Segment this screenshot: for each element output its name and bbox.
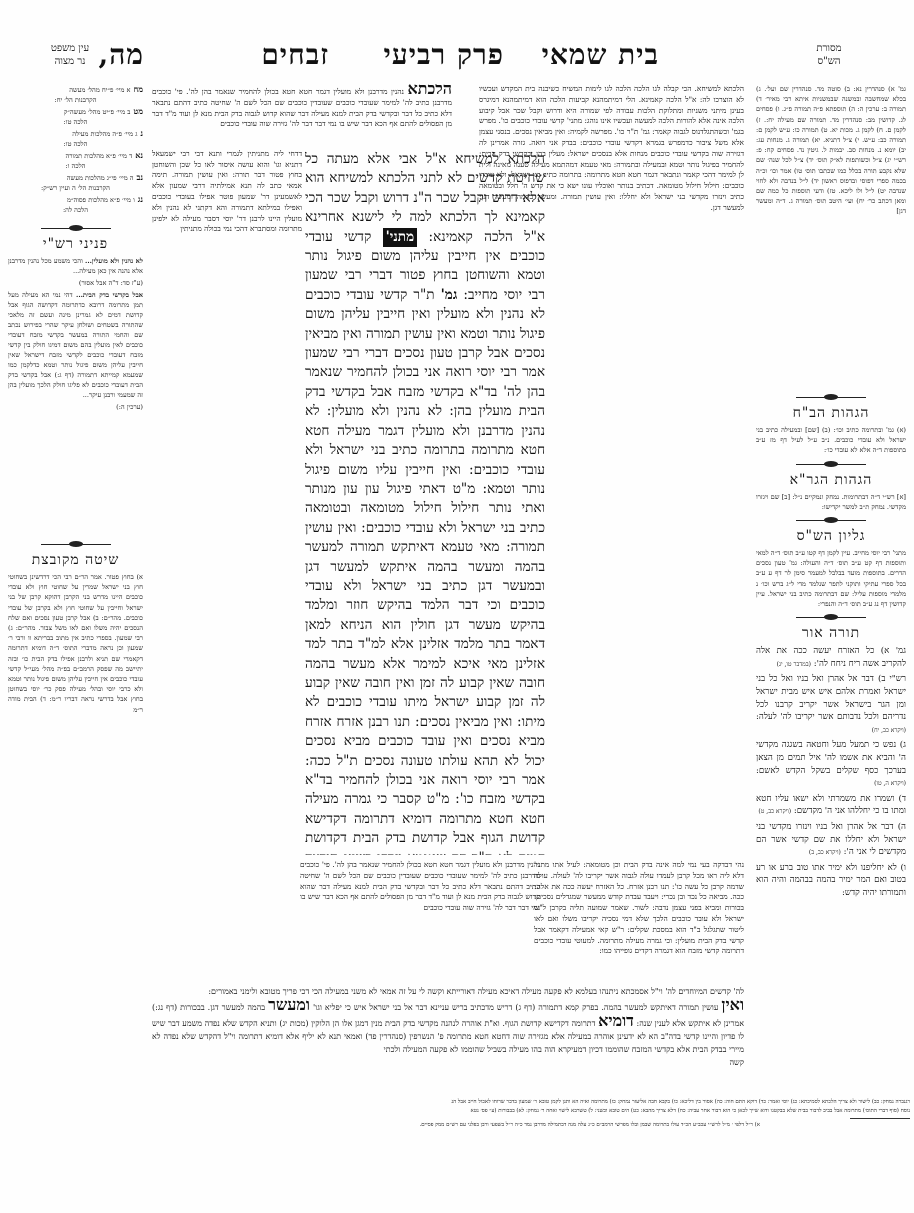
verse: ד) ושמרו את משמרתי ולא ישאו עליו חטא ומת… bbox=[756, 793, 906, 819]
hagahot-hagra: [א] רש״י ד״ה דבתרומות. נמחק ונמקיים נ״ל:… bbox=[756, 492, 906, 512]
dibur-hamatchil: ומעשר bbox=[268, 995, 310, 1014]
mishna-marker: מתני' bbox=[383, 228, 418, 247]
tosafot-bottom-left: נהנין מדרבנן ולא מועלין דגמר חטא חטא בכו… bbox=[300, 860, 540, 985]
ein-mishpat-row: מחא מיי׳ פ״יח מהל׳ מעשההקרבנות הל׳ יח: bbox=[8, 84, 143, 105]
ein-mishpat-label: עין משפט נר מצוה bbox=[40, 42, 100, 68]
rashi-bottom-right: נהי דבדקה בעי נמי למה אינה בדק הבית וכן … bbox=[534, 860, 744, 985]
verse: ה) דבר אל אהרן ואל בניו וינזרו מקדשי בני… bbox=[756, 821, 906, 860]
pninei-rashi: לא נהנין ולא מועלין... והכי משמע מכל נהנ… bbox=[8, 256, 143, 414]
talmud-text: הלכתא למשיחא א"ל אבי אלא מעתה כל שחיטת ק… bbox=[305, 150, 545, 855]
footnote-line: רגנברה נמחק: כב) לישור ולא צריך הלכתא לס… bbox=[4, 1098, 910, 1107]
dibur-hamatchil: דומיא bbox=[598, 1011, 634, 1030]
mesoret-hashas-label: מסורת הש"ס bbox=[799, 42, 859, 68]
footnote-line: נוסח (סוף דברי התוס׳) מתרומה אבל בביב לד… bbox=[4, 1107, 910, 1116]
verse: רש"י ב) דבר אל אהרן ואל בניו ואל כל בני … bbox=[756, 673, 906, 737]
hagahot-habach: (א) גמ' ובתרומה כתיב וכו׳: (ב) [שם] ובמע… bbox=[756, 425, 906, 456]
gemara-marker: גמ' bbox=[441, 287, 458, 303]
ein-mishpat-row: נבה מיי׳ פי״ג מהלכות מעשההקרבנות הל׳ ה ו… bbox=[8, 172, 143, 193]
shita-mekubetzet-title: שיטה מקובצת bbox=[8, 551, 143, 569]
right-margin: גמ' א) סנהדרין נא: ב) סוטה מד. סנהדרין ש… bbox=[756, 84, 906, 1114]
verse: ו) לא יחליפנו ולא ימיר אתו טוב ברע או רע… bbox=[756, 862, 906, 900]
ornament-divider bbox=[796, 461, 866, 467]
ornament-divider bbox=[796, 517, 866, 523]
pninei-rashi-entry: אבל בקדשי בדק הבית... דהי נמי הא מעילה מ… bbox=[8, 290, 143, 400]
shita-mekubetzet-text: א) בחוץ פטור. אמר הר״ם רבי הכי דרדשינן ב… bbox=[8, 572, 143, 1132]
pninei-rashi-entry: לא נהנין ולא מועלין... והכי משמע מכל נהנ… bbox=[8, 256, 143, 276]
ornament-divider bbox=[796, 614, 866, 620]
ein-mishpat-row: מטב מיי׳ פ״יט מהל׳ מעשה״קהלכה טו: bbox=[8, 106, 143, 127]
tosafot-bottom-full: לה' קדשים המיוחדים לה' וי"ל אסמכתא ניתנה… bbox=[152, 985, 744, 1095]
footnotes: רגנברה נמחק: כב) לישור ולא צריך הלכתא לס… bbox=[4, 1098, 910, 1130]
left-margin: מחא מיי׳ פ״יח מהל׳ מעשההקרבנות הל׳ יח: מ… bbox=[8, 84, 143, 1114]
tosafot-commentary: פליגי רבי יוסי ורבנן בממזר ידוע או בשאין… bbox=[152, 84, 302, 859]
folio-number: מה, bbox=[99, 38, 144, 72]
ornament-divider bbox=[41, 225, 111, 231]
verse: גמ' א) כל האזרח יעשה ככה את אלה להקריב א… bbox=[756, 645, 906, 671]
gilyon-hashas-title: גליון הש"ס bbox=[756, 527, 906, 545]
gilyon-hashas: מתני' רבי יוסי מחייב. עיין לקמן דף קטו ע… bbox=[756, 548, 906, 609]
torah-or-title: תורה אור bbox=[756, 624, 906, 642]
ein-mishpat-row: נגו מיי׳ פ״א מהלכות פסוה״מהלכה לה: bbox=[8, 194, 143, 215]
ein-mishpat: מחא מיי׳ פ״יח מהל׳ מעשההקרבנות הל׳ יח: מ… bbox=[8, 84, 143, 215]
torah-or: גמ' א) כל האזרח יעשה ככה את אלה להקריב א… bbox=[756, 645, 906, 1005]
dibur-hamatchil: ואין bbox=[721, 995, 744, 1014]
verse: ג) נפש כי תמעל מעל וחטאה בשגגה מקדשי ה' … bbox=[756, 739, 906, 790]
dibur-hamatchil: הלכתא bbox=[407, 84, 452, 98]
tosafot-header-band: הלכתא נהנין מדרבנן ולא מועלין דגמר חטא ח… bbox=[152, 84, 452, 150]
footnote-line: א) ר״ל דלפי ׳ מ״ל לרש״י עכב״ע הכ״ד עולו … bbox=[4, 1121, 910, 1130]
citation: (ע"ז סד: ד"ה אבל אסור) bbox=[8, 278, 143, 288]
ein-mishpat-row: נג מיי׳ פ״ה מהלכות מעילההלכה טו: bbox=[8, 128, 143, 149]
tractate-name: זבחים bbox=[261, 38, 329, 72]
hagahot-habach-title: הגהות הב"ח bbox=[756, 404, 906, 422]
shita-mekubetzet-section: שיטה מקובצת א) בחוץ פטור. אמר הר״ם רבי ה… bbox=[8, 536, 143, 1132]
perek-number: פרק רביעי bbox=[384, 38, 505, 72]
ornament-divider bbox=[41, 541, 111, 547]
pninei-rashi-title: פניני רש"י bbox=[8, 235, 143, 253]
hagahot-hagra-title: הגהות הגר"א bbox=[756, 471, 906, 489]
page-header: מסורת הש"ס בית שמאי פרק רביעי זבחים מה, … bbox=[0, 38, 914, 78]
footnote-divider bbox=[850, 1118, 910, 1119]
ein-mishpat-row: נאד מיי׳ פ״א מהלכות תמורההלכה ו: bbox=[8, 150, 143, 171]
mesoret-hashas: גמ' א) סנהדרין נא: ב) סוטה מד. סנהדרין ש… bbox=[756, 84, 906, 389]
perek-name: בית שמאי bbox=[542, 38, 659, 72]
ornament-divider bbox=[796, 394, 866, 400]
citation: (ערכין ה:) bbox=[8, 402, 143, 412]
